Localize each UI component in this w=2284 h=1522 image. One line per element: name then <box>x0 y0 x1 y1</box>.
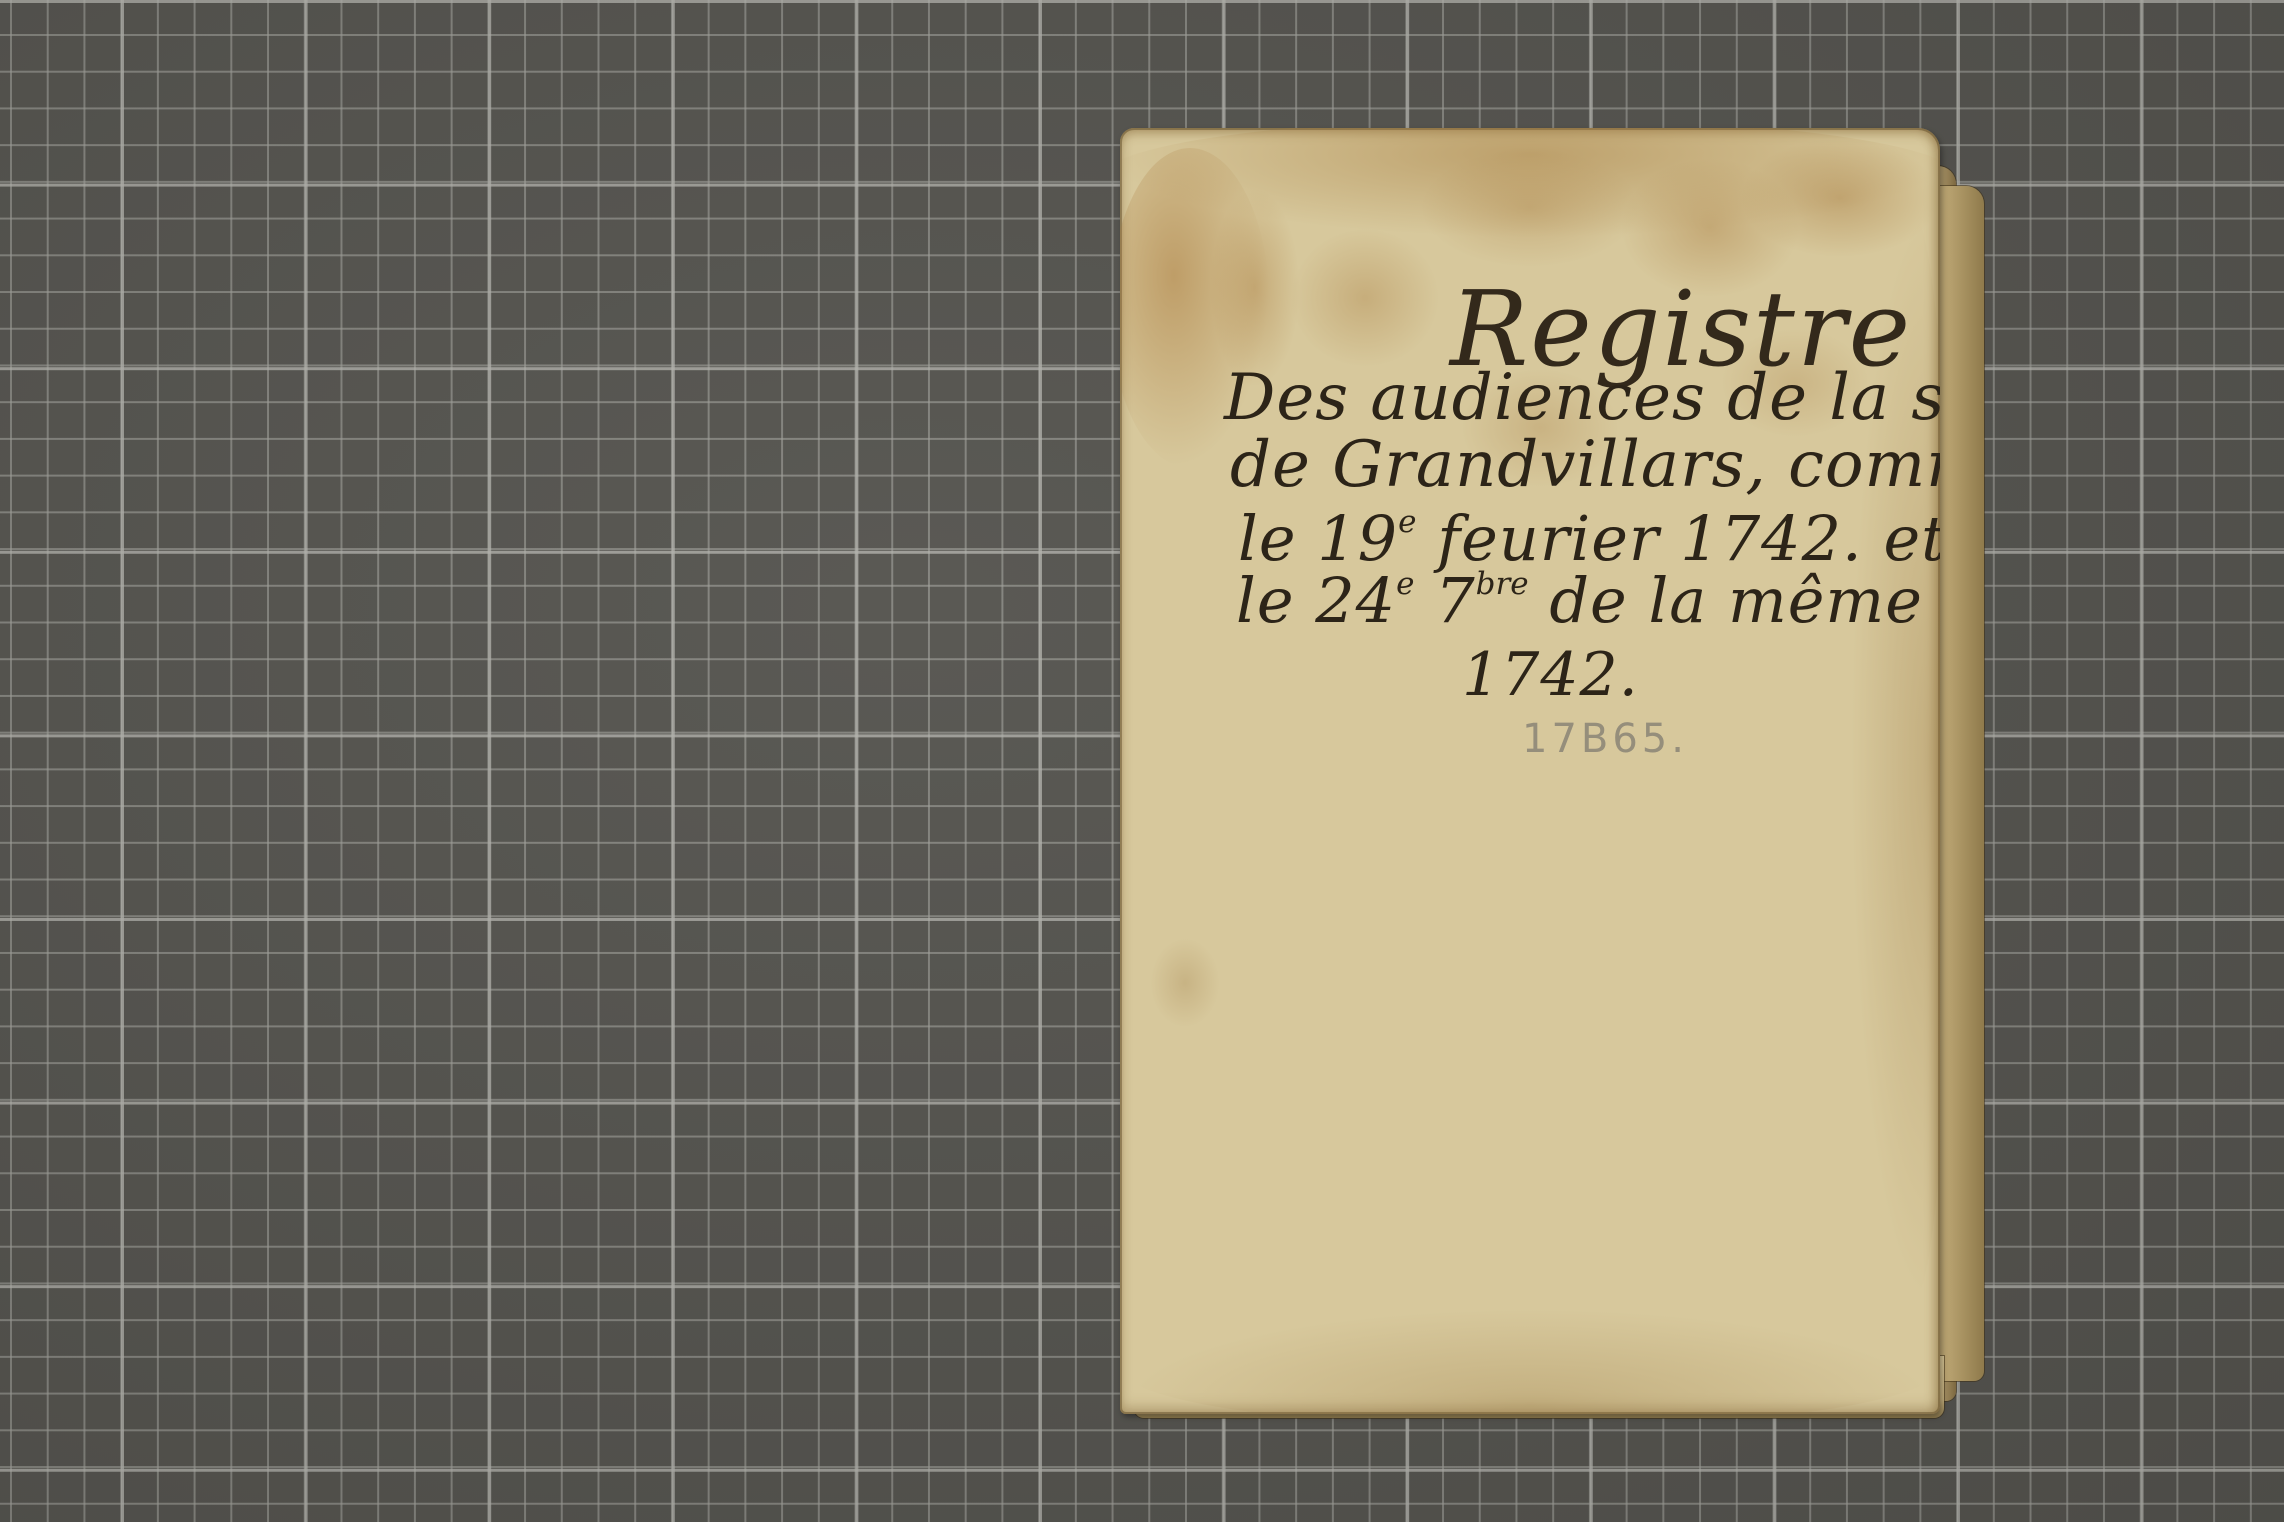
register-volume: Registre Des audiences de la seigrie de … <box>1116 126 1996 1426</box>
pencil-call-number: 17B65. <box>1522 716 1688 762</box>
line-text: de Grandvillars, commençant <box>1230 428 1940 502</box>
line-text: de la même année 1742. <box>1529 564 1940 637</box>
superscript-abbreviation: bre <box>1476 566 1529 602</box>
year-line: 1742. <box>1462 640 1639 710</box>
water-stain <box>1120 128 1940 238</box>
water-stain <box>1290 228 1440 368</box>
water-stain <box>1210 188 1300 388</box>
water-stain <box>1740 138 1940 258</box>
water-stain <box>1420 148 1640 268</box>
line-text: le 24 <box>1236 564 1396 637</box>
line-text: 7 <box>1414 564 1475 637</box>
edge-discoloration <box>1120 1308 1940 1414</box>
register-cover-page: Registre Des audiences de la seigrie de … <box>1120 128 1940 1414</box>
title-line-1: Des audiences de la seigrie <box>1224 360 1940 435</box>
line-text: Des audiences de la seig <box>1224 361 1940 435</box>
superscript-ordinal: e <box>1396 566 1414 602</box>
title-line-4: le 24e 7bre de la même année 1742. <box>1236 564 1940 637</box>
foxing-spot <box>1150 938 1220 1028</box>
superscript-ordinal: e <box>1398 504 1416 540</box>
title-line-2: de Grandvillars, commençant <box>1230 428 1940 502</box>
